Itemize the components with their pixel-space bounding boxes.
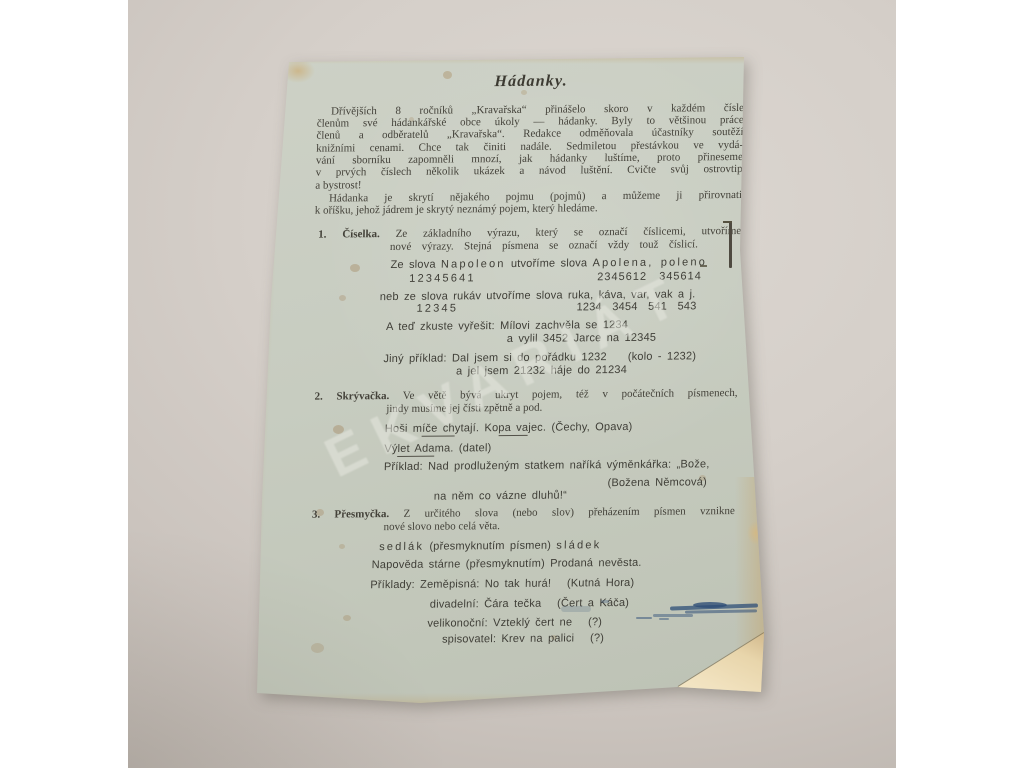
intro-line: vání sborníku zapomněli mnozí, jak hádan… [316,151,743,167]
example-line: Příklady: Zeměpisná: No tak hurá! (Kutná… [370,577,634,591]
section-heading-line2: nové výrazy. Stejná písmena se označí vž… [390,238,698,253]
watermark: EKVARIÁT [343,305,723,500]
foxing-spot [409,117,414,122]
intro-line: knižními cenami. Chce tak činiti nadále.… [316,139,743,155]
ink-smudge [693,602,727,608]
section-heading: 1. Číselka. Ze základního výrazu, který … [318,225,741,241]
example-line: Příklad: Nad prodluženým statkem naříká … [384,458,710,473]
ink-dash [636,617,652,619]
intro-line: a bystrost! [315,179,361,191]
staple-mark [723,221,732,223]
example-line: a jel jsem 21232 háje do 21234 [456,364,627,377]
worn-right-edge [735,477,765,692]
section-heading-line2: nové slovo nebo celá věta. [383,520,500,533]
page-title: Hádanky. [318,74,745,90]
staple-mark [729,222,732,268]
foxing-spot [339,544,345,549]
foxing-spot [443,71,452,79]
photo-background: Hádanky. Dřívějších 8 ročníků „Kravařska… [128,0,896,768]
example-line: na něm co vázne dluhů!“ (Božena Němcová) [381,476,702,527]
worn-top-edge [275,57,745,64]
example-numbers: 12345 1234 3454 541 543 [249,300,762,352]
section-number-title: 1. Číselka. [318,228,380,241]
ink-smudge [653,614,693,617]
right-edge-notch [747,521,765,545]
example-numbers: 12345641 2345612 345614 [249,270,762,322]
example-line: velikonoční: Vzteklý čert ne (?) [427,616,602,630]
intro-line: členů a odběratelů „Kravařska“. Redakce … [316,126,743,142]
example-line: a vylil 3452 Jarce na 12345 [507,332,657,345]
foxing-spot [333,425,344,434]
foxing-spot [339,295,346,301]
example-line: Jiný příklad: Dal jsem si do pořádku 123… [383,350,696,365]
worn-top-left-corner [281,59,315,83]
foxing-spot [551,635,557,640]
worn-bottom-edge [255,693,767,709]
fold-crease [677,632,764,688]
example-line: neb ze slova rukáv utvoříme slova ruka, … [380,288,696,303]
intro-line: členům své hádankářské obce úkoly — háda… [317,114,744,130]
foxing-spot [343,615,351,621]
ink-speckle [601,600,609,603]
example-line: Hoši míče chytají. Kopa vajec. (Čechy, O… [385,421,633,435]
intro-line: v prvých číslech několik ukázek a návod … [316,163,743,179]
example-line: A teď zkuste vyřešit: Mílovi zachvěla se… [386,319,628,333]
section-heading: 3. Přesmyčka. Z určitého slova (nebo slo… [312,505,735,521]
ink-smudge [670,603,758,610]
folded-corner-flap [675,627,767,695]
foxing-spot [311,643,324,653]
ink-speckle [561,606,591,612]
foxing-spot [699,475,706,481]
intro-line: Hádanka je skrytí nějakého pojmu (pojmů)… [315,189,742,205]
intro-line: Dřívějších 8 ročníků „Kravařska“ přináše… [317,102,744,118]
section-heading-line2: jindy musíme jej čísti zpětně a pod. [386,402,542,415]
example-line: spisovatel: Krev na palici (?) [442,632,604,645]
worn-left-edge [225,57,285,709]
section-number-title: 2. Skrývačka. [314,390,389,403]
example-line: Výlet Adama. (datel) [384,442,491,455]
page-content: Hádanky. Dřívějších 8 ročníků „Kravařska… [240,55,767,712]
example-line: divadelní: Čára tečka (Čert a Káča) [430,597,630,611]
foxing-spot [316,509,324,516]
paper-surface: Hádanky. Dřívějších 8 ročníků „Kravařska… [255,57,767,709]
foxing-spot [350,264,360,272]
ink-dash [659,618,669,620]
section-number-title: 3. Přesmyčka. [312,508,390,521]
example-line: Napověda stárne (přesmyknutím) Prodaná n… [372,557,642,571]
example-line: Ze slova Napoleon utvoříme slova Apolena… [390,256,707,271]
example-line: sedlák (přesmyknutím písmen) sládek [379,539,602,553]
booklet-page: Hádanky. Dřívějších 8 ročníků „Kravařska… [255,57,767,709]
attribution: (Božena Němcová) [607,476,707,489]
foxing-spot [521,90,527,95]
ink-smudge [685,609,757,613]
intro-line: k oříšku, jehož jádrem je skrytý neznámý… [315,202,598,216]
section-heading: 2. Skrývačka. Ve větě bývá ukryt pojem, … [314,387,737,403]
staple-mark [700,265,707,267]
